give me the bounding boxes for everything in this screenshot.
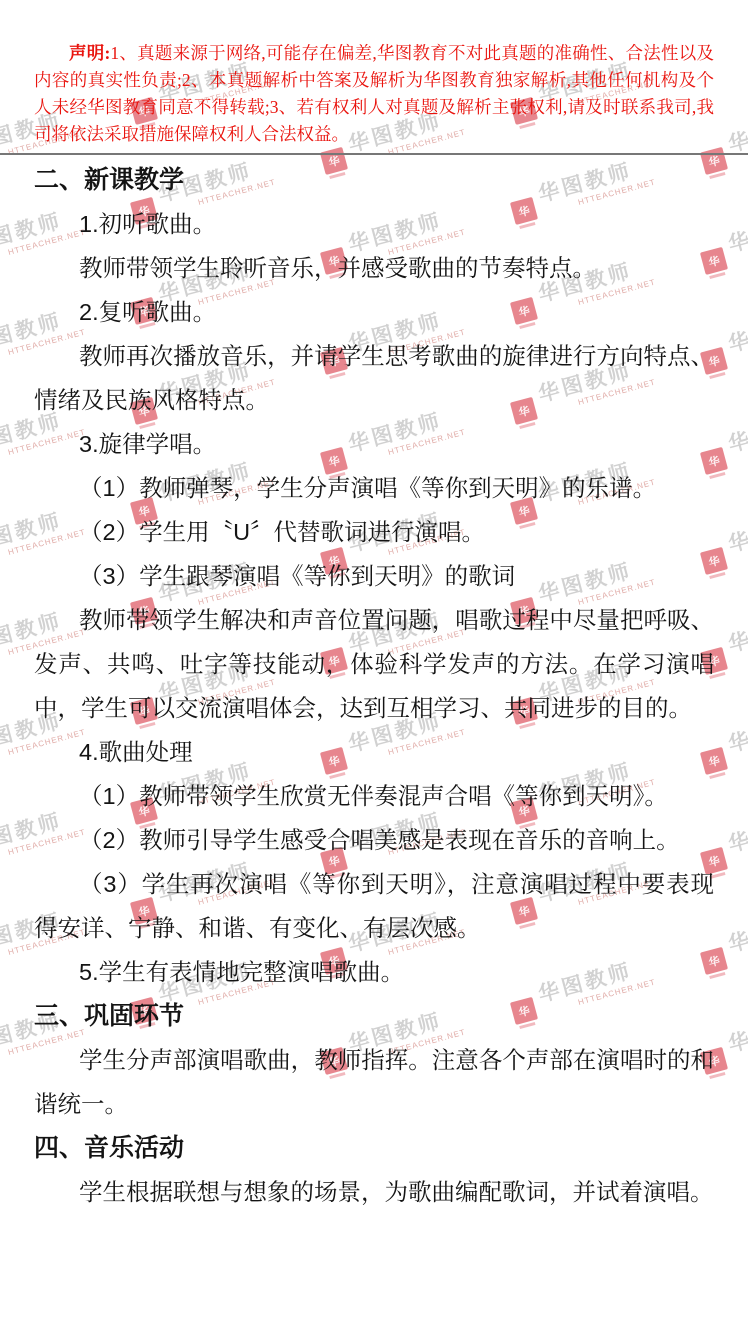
paragraph: 1.初听歌曲。 — [34, 202, 714, 246]
paragraph: 3.旋律学唱。 — [34, 422, 714, 466]
paragraph: （2）教师引导学生感受合唱美感是表现在音乐的音响上。 — [34, 818, 714, 862]
section-heading: 四、音乐活动 — [34, 1126, 714, 1170]
paragraph: （1）教师弹琴，学生分声演唱《等你到天明》的乐谱。 — [34, 466, 714, 510]
content: 声明:1、真题来源于网络,可能存在偏差,华图教育不对此真题的准确性、合法性以及内… — [0, 0, 748, 1214]
paragraph: （1）教师带领学生欣赏无伴奏混声合唱《等你到天明》。 — [34, 774, 714, 818]
paragraph: 教师带领学生解决和声音位置问题，唱歌过程中尽量把呼吸、发声、共鸣、吐字等技能动，… — [34, 598, 714, 730]
paragraph: 4.歌曲处理 — [34, 730, 714, 774]
paragraph: 学生根据联想与想象的场景，为歌曲编配歌词，并试着演唱。 — [34, 1170, 714, 1214]
disclaimer-label: 声明: — [69, 43, 110, 63]
page: 华华图教师HTTEACHER.NET华华图教师HTTEACHER.NET华华图教… — [0, 0, 748, 1335]
paragraph: 学生分声部演唱歌曲，教师指挥。注意各个声部在演唱时的和谐统一。 — [34, 1038, 714, 1126]
paragraph: 教师再次播放音乐，并请学生思考歌曲的旋律进行方向特点、情绪及民族风格特点。 — [34, 334, 714, 422]
paragraph: 5.学生有表情地完整演唱歌曲。 — [34, 950, 714, 994]
paragraph: （3）学生跟琴演唱《等你到天明》的歌词 — [34, 554, 714, 598]
paragraph: （2）学生用〝U〞代替歌词进行演唱。 — [34, 510, 714, 554]
paragraph: 教师带领学生聆听音乐，并感受歌曲的节奏特点。 — [34, 246, 714, 290]
paragraph: 2.复听歌曲。 — [34, 290, 714, 334]
paragraph: （3）学生再次演唱《等你到天明》，注意演唱过程中要表现得安详、宁静、和谐、有变化… — [34, 862, 714, 950]
section-heading: 二、新课教学 — [34, 158, 714, 202]
disclaimer: 声明:1、真题来源于网络,可能存在偏差,华图教育不对此真题的准确性、合法性以及内… — [34, 0, 714, 148]
document-body: 二、新课教学1.初听歌曲。教师带领学生聆听音乐，并感受歌曲的节奏特点。2.复听歌… — [34, 155, 714, 1214]
disclaimer-text: 1、真题来源于网络,可能存在偏差,华图教育不对此真题的准确性、合法性以及内容的真… — [34, 43, 714, 144]
section-heading: 三、巩固环节 — [34, 994, 714, 1038]
